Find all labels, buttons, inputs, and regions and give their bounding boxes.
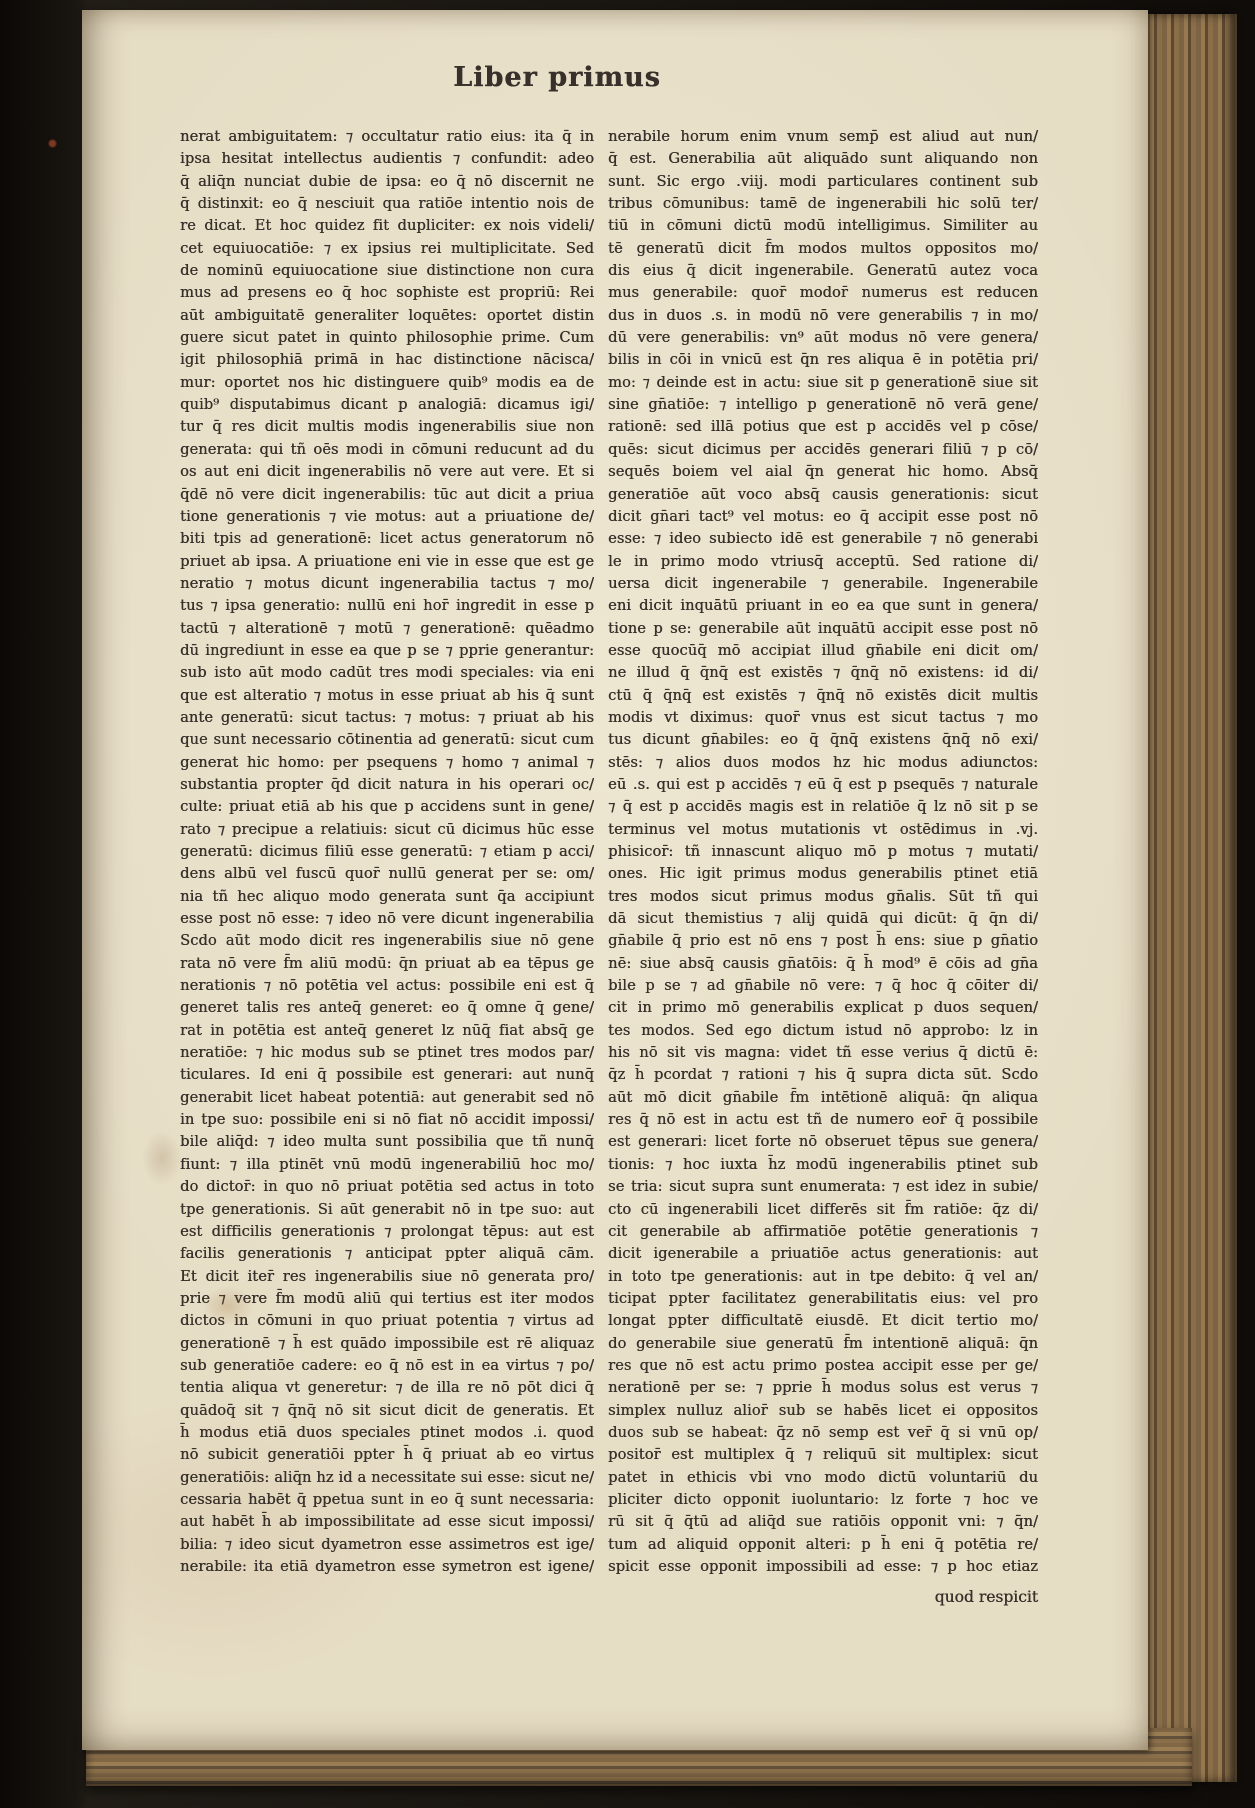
- text-line: his nō sit vis magna: videt tñ esse veri…: [608, 1042, 1038, 1064]
- text-line: generationē ⁊ h̄ est quādo impossibile e…: [180, 1333, 594, 1355]
- text-line: dicit igenerabile a priuatiōe actus gene…: [608, 1243, 1038, 1265]
- running-header: Liber primus: [382, 62, 732, 93]
- text-line: aut habēt h̄ ab impossibilitate ad esse …: [180, 1511, 594, 1533]
- text-line: mus ad presens eo q̄ hoc sophiste est pr…: [180, 282, 594, 304]
- text-line: longat ppter difficultatē eiusdē. Et dic…: [608, 1310, 1038, 1332]
- text-line: sub isto aūt modo cadūt tres modi specia…: [180, 662, 594, 684]
- text-line: bile p se ⁊ ad gn̄abile nō vere: ⁊ q̄ ho…: [608, 975, 1038, 997]
- text-line: nia tñ hec aliquo modo generata sunt q̄a…: [180, 886, 594, 908]
- text-line: ante generatū: sicut tactus: ⁊ motus: ⁊ …: [180, 707, 594, 729]
- text-line: culte: priuat etiā ab his que p accidens…: [180, 796, 594, 818]
- text-line: ipsa hesitat intellectus audientis ⁊ con…: [180, 148, 594, 170]
- catchword: quod respicit: [808, 1588, 1038, 1606]
- text-line: bilia: ⁊ ideo sicut dyametron esse assim…: [180, 1534, 594, 1556]
- text-line: Et dicit iter̄ res ingenerabilis siue nō…: [180, 1266, 594, 1288]
- text-line: que est alteratio ⁊ motus in esse priuat…: [180, 685, 594, 707]
- text-line: quib⁹ disputabimus dicant p analogiā: di…: [180, 394, 594, 416]
- text-line: q̄z h̄ pcordat ⁊ rationi ⁊ his q̄ supra …: [608, 1064, 1038, 1086]
- text-line: nerat ambiguitatem: ⁊ occultatur ratio e…: [180, 126, 594, 148]
- text-line: esse quocūq̄ mō accipiat illud gn̄abile …: [608, 640, 1038, 662]
- text-line: nō subicit generatiōi ppter h̄ q̄ priuat…: [180, 1444, 594, 1466]
- text-line: pliciter dicto opponit iuoluntario: lz f…: [608, 1489, 1038, 1511]
- text-line: aūt ambiguitatē generaliter loquētes: op…: [180, 305, 594, 327]
- text-line: mo: ⁊ deinde est in actu: siue sit p gen…: [608, 372, 1038, 394]
- text-line: biti tpis ad generationē: licet actus ge…: [180, 528, 594, 550]
- text-line: terminus vel motus mutationis vt ostēdim…: [608, 819, 1038, 841]
- scanned-book-page: { "page": { "running_header": "Liber pri…: [0, 0, 1255, 1808]
- text-line: tus dicunt gn̄abiles: eo q̄ q̄nq̄ existe…: [608, 729, 1038, 751]
- text-line: tres modos sicut primus modus gn̄alis. S…: [608, 886, 1038, 908]
- text-line: bilis in cōi in vnicū est q̄n res aliqua…: [608, 349, 1038, 371]
- text-line: ticulares. Id eni q̄ possibile est gener…: [180, 1064, 594, 1086]
- text-line: quādoq̄ sit ⁊ q̄nq̄ nō sit sicut dicit d…: [180, 1400, 594, 1422]
- text-line: h̄ modus etiā duos speciales ptinet modo…: [180, 1422, 594, 1444]
- text-line: rū sit q̄ q̄tū ad aliq̄d sue ratiōis opp…: [608, 1511, 1038, 1533]
- text-line: rationē: sed illā potius que est p accid…: [608, 416, 1038, 438]
- text-column-left: nerat ambiguitatem: ⁊ occultatur ratio e…: [180, 126, 594, 1578]
- text-line: igit philosophiā primā in hac distinctio…: [180, 349, 594, 371]
- text-line: phisicor̄: tñ innascunt aliquo mō p motu…: [608, 841, 1038, 863]
- text-line: tē generatū dicit f̄m modos multos oppos…: [608, 238, 1038, 260]
- text-line: sine gn̄atiōe: ⁊ intelligo p generationē…: [608, 394, 1038, 416]
- book-page: Liber primus nerat ambiguitatem: ⁊ occul…: [82, 10, 1148, 1750]
- text-line: neratio ⁊ motus dicunt ingenerabilia tac…: [180, 573, 594, 595]
- text-line: rata nō vere f̄m aliū modū: q̄n priuat a…: [180, 953, 594, 975]
- text-line: os aut eni dicit ingenerabilis nō vere a…: [180, 461, 594, 483]
- text-line: rato ⁊ precipue a relatiuis: sicut cū di…: [180, 819, 594, 841]
- stacked-page-edges-right: [1145, 14, 1237, 1782]
- text-line: dicit gn̄ari tact⁹ vel motus: eo q̄ acci…: [608, 506, 1038, 528]
- text-line: generet talis res anteq̄ generet: eo q̄ …: [180, 997, 594, 1019]
- text-line: tus ⁊ ipsa generatio: nullū eni hor̄ ing…: [180, 595, 594, 617]
- text-line: q̄dē nō vere dicit ingenerabilis: tūc au…: [180, 484, 594, 506]
- text-line: uersa dicit ingenerabile ⁊ generabile. I…: [608, 573, 1038, 595]
- text-line: est generari: licet forte nō obseruet tē…: [608, 1131, 1038, 1153]
- text-line: ones. Hic igit primus modus generabilis …: [608, 863, 1038, 885]
- text-line: est difficilis generationis ⁊ prolongat …: [180, 1221, 594, 1243]
- text-line: cit generabile ab affirmatiōe potētie ge…: [608, 1221, 1038, 1243]
- text-line: eni dicit inquātū priuant in eo ea que s…: [608, 595, 1038, 617]
- text-line: stēs: ⁊ alios duos modos hz hic modus ad…: [608, 752, 1038, 774]
- text-line: q̄ distinxit: eo q̄ nesciuit qua ratiōe …: [180, 193, 594, 215]
- text-line: spicit esse opponit impossibili ad esse:…: [608, 1556, 1038, 1578]
- text-line: res que nō est actu primo postea accipit…: [608, 1355, 1038, 1377]
- text-line: priuet ab ipsa. A priuatione eni vie in …: [180, 551, 594, 573]
- text-line: tribus cōmunibus: tamē de ingenerabili h…: [608, 193, 1038, 215]
- text-line: tpe generationis. Si aūt generabit nō in…: [180, 1199, 594, 1221]
- text-line: cit in primo mō generabilis explicat p d…: [608, 997, 1038, 1019]
- text-line: tione generationis ⁊ vie motus: aut a pr…: [180, 506, 594, 528]
- text-line: do generabile siue generatū f̄m intentio…: [608, 1333, 1038, 1355]
- paper-stain: [142, 1130, 182, 1186]
- text-column-right: nerabile horum enim vnum semp̄ est aliud…: [608, 126, 1038, 1578]
- text-line: ctū q̄ q̄nq̄ est existēs ⁊ q̄nq̄ nō exis…: [608, 685, 1038, 707]
- text-line: nerabile horum enim vnum semp̄ est aliud…: [608, 126, 1038, 148]
- text-line: cto cū ingenerabili licet differēs sit f…: [608, 1199, 1038, 1221]
- text-line: nerationis ⁊ nō potētia vel actus: possi…: [180, 975, 594, 997]
- text-line: generatū: dicimus filiū esse generatū: ⁊…: [180, 841, 594, 863]
- text-line: generata: qui tñ oēs modi in cōmuni redu…: [180, 439, 594, 461]
- text-line: le in primo modo vtriusq̄ acceptū. Sed r…: [608, 551, 1038, 573]
- text-line: generatiōis: aliq̄n hz id a necessitate …: [180, 1467, 594, 1489]
- text-line: dis eius q̄ dicit ingenerabile. Generatū…: [608, 260, 1038, 282]
- text-line: quēs: sicut dicimus per accidēs generari…: [608, 439, 1038, 461]
- text-line: Scdo aūt modo dicit res ingenerabilis si…: [180, 930, 594, 952]
- text-line: patet in ethicis vbi vno modo dictū volu…: [608, 1467, 1038, 1489]
- text-line: sequēs boiem vel aial q̄n generat hic ho…: [608, 461, 1038, 483]
- text-line: q̄ est. Generabilia aūt aliquādo sunt al…: [608, 148, 1038, 170]
- text-line: esse post nō esse: ⁊ ideo nō vere dicunt…: [180, 908, 594, 930]
- edge-speck: [48, 139, 57, 148]
- text-line: sunt. Sic ergo .viij. modi particulares …: [608, 171, 1038, 193]
- text-line: bile aliq̄d: ⁊ ideo multa sunt possibili…: [180, 1131, 594, 1153]
- text-line: aūt mō dicit gn̄abile f̄m intētionē aliq…: [608, 1087, 1038, 1109]
- text-line: mus generabile: quor̄ modor̄ numerus est…: [608, 282, 1038, 304]
- text-line: nerabile: ita etiā dyametron esse symetr…: [180, 1556, 594, 1578]
- text-line: mur: oportet nos hic distinguere quib⁹ m…: [180, 372, 594, 394]
- text-line: dū ingrediunt in esse ea que p se ⁊ ppri…: [180, 640, 594, 662]
- text-line: res q̄ nō est in actu est tñ de numero e…: [608, 1109, 1038, 1131]
- text-line: tiū in cōmuni dictū modū intelligimus. S…: [608, 215, 1038, 237]
- text-line: tum ad aliquid opponit alteri: p h̄ eni …: [608, 1534, 1038, 1556]
- text-line: cessaria habēt q̄ ppetua sunt in eo q̄ s…: [180, 1489, 594, 1511]
- text-line: de nominū equiuocatione siue distinction…: [180, 260, 594, 282]
- text-line: rat in potētia est anteq̄ generet lz nūq…: [180, 1020, 594, 1042]
- text-line: ne illud q̄ q̄nq̄ est existēs ⁊ q̄nq̄ nō…: [608, 662, 1038, 684]
- text-line: sub generatiōe cadere: eo q̄ nō est in e…: [180, 1355, 594, 1377]
- text-line: guere sicut patet in quinto philosophie …: [180, 327, 594, 349]
- text-line: eū .s. qui est p accidēs ⁊ eū q̄ est p p…: [608, 774, 1038, 796]
- text-line: simplex nulluz alior̄ sub se habēs licet…: [608, 1400, 1038, 1422]
- text-line: in tpe suo: possibile eni si nō fiat nō …: [180, 1109, 594, 1131]
- text-line: gn̄abile q̄ prio est nō ens ⁊ post h̄ en…: [608, 930, 1038, 952]
- text-line: facilis generationis ⁊ anticipat ppter a…: [180, 1243, 594, 1265]
- text-line: nē: siue absq̄ causis gn̄atōis: q̄ h̄ mo…: [608, 953, 1038, 975]
- text-line: positor̄ est multiplex q̄ ⁊ reliquū sit …: [608, 1444, 1038, 1466]
- text-line: tione p se: generabile aūt inquātū accip…: [608, 618, 1038, 640]
- text-line: esse: ⁊ ideo subiecto idē est generabile…: [608, 528, 1038, 550]
- text-line: duos sub se habeat: q̄z nō semp est ver̄…: [608, 1422, 1038, 1444]
- text-line: re dicat. Et hoc quidez fit dupliciter: …: [180, 215, 594, 237]
- text-line: dens albū vel fuscū quor̄ nullū generat …: [180, 863, 594, 885]
- text-line: tentia aliqua vt generetur: ⁊ de illa re…: [180, 1377, 594, 1399]
- paper-stain: [202, 1286, 254, 1326]
- text-line: modis vt diximus: quor̄ vnus est sicut t…: [608, 707, 1038, 729]
- text-line: se tria: sicut supra sunt enumerata: ⁊ e…: [608, 1176, 1038, 1198]
- text-line: dū vere generabilis: vn⁹ aūt modus nō ve…: [608, 327, 1038, 349]
- text-line: tionis: ⁊ hoc iuxta h̄z modū ingenerabil…: [608, 1154, 1038, 1176]
- text-line: dā sicut themistius ⁊ alij quidā qui dic…: [608, 908, 1038, 930]
- text-line: q̄ aliq̄n nunciat dubie de ipsa: eo q̄ n…: [180, 171, 594, 193]
- text-line: in toto tpe generationis: aut in tpe deb…: [608, 1266, 1038, 1288]
- text-line: tur q̄ res dicit multis modis ingenerabi…: [180, 416, 594, 438]
- text-line: que sunt necessario cōtinentia ad genera…: [180, 729, 594, 751]
- text-line: substantia propter q̄d dicit natura in h…: [180, 774, 594, 796]
- text-line: neratiōe: ⁊ hic modus sub se ptinet tres…: [180, 1042, 594, 1064]
- text-line: cet equiuocatiōe: ⁊ ex ipsius rei multip…: [180, 238, 594, 260]
- text-line: fiunt: ⁊ illa ptinēt vnū modū ingenerabi…: [180, 1154, 594, 1176]
- text-line: tes modos. Sed ego dictum istud nō appro…: [608, 1020, 1038, 1042]
- scan-background: Liber primus nerat ambiguitatem: ⁊ occul…: [0, 0, 1255, 1808]
- text-line: do dictor̄: in quo nō priuat potētia sed…: [180, 1176, 594, 1198]
- text-line: nerationē per se: ⁊ pprie h̄ modus solus…: [608, 1377, 1038, 1399]
- text-line: dus in duos .s. in modū nō vere generabi…: [608, 305, 1038, 327]
- text-line: generat hic homo: per psequens ⁊ homo ⁊ …: [180, 752, 594, 774]
- text-line: ticipat ppter facilitatez generabilitati…: [608, 1288, 1038, 1310]
- text-line: generabit licet habeat potentiā: aut gen…: [180, 1087, 594, 1109]
- text-line: ⁊ q̄ est p accidēs magis est in relatiōe…: [608, 796, 1038, 818]
- text-line: generatiōe aūt voco absq̄ causis generat…: [608, 484, 1038, 506]
- text-line: tactū ⁊ alterationē ⁊ motū ⁊ generationē…: [180, 618, 594, 640]
